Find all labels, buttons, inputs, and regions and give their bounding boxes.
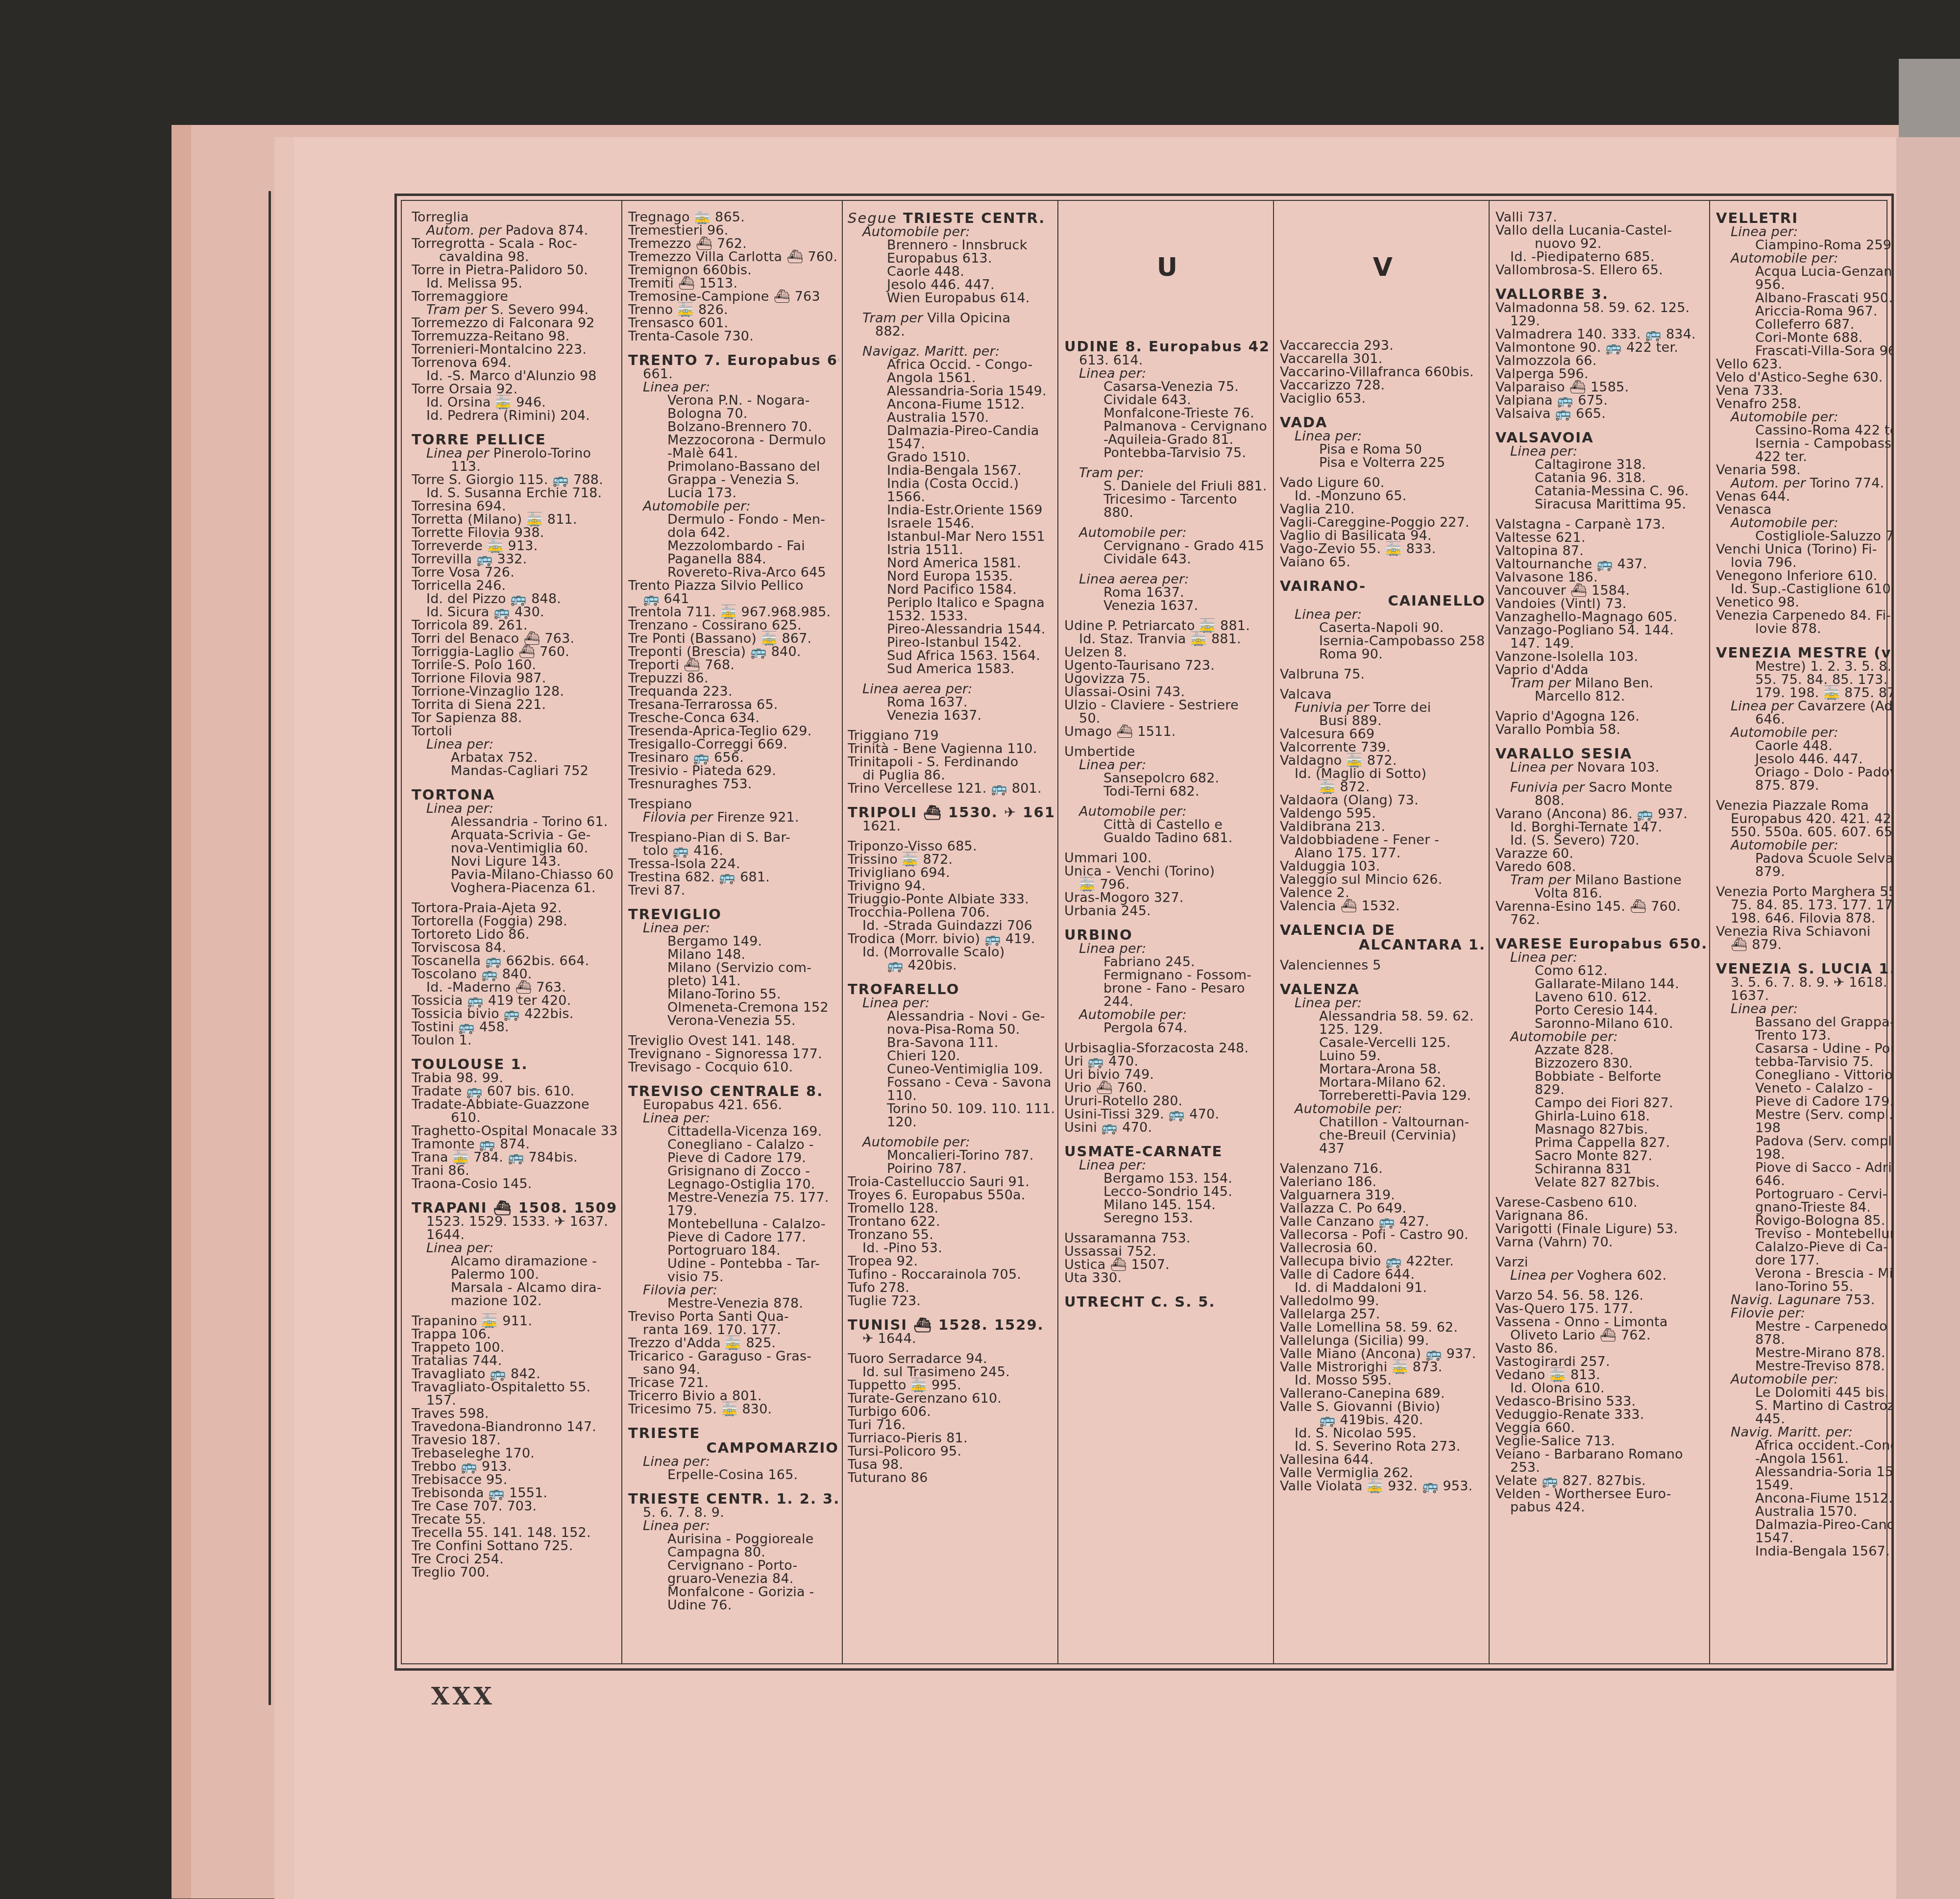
index-entry: Trodica (Morr. bivio) 🚌 419. [848, 932, 1056, 946]
index-subentry: Catania 96. 318. [1495, 471, 1706, 485]
index-entry: Trezzo d'Adda 🚋 825. [628, 1337, 839, 1350]
index-subentry: Id. S. Nicolao 595. [1280, 1427, 1486, 1440]
index-entry: Valeggio sul Mincio 626. [1280, 873, 1486, 886]
index-entry: Trevignano - Signoressa 177. [628, 1047, 839, 1061]
index-entry: Unica - Venchi (Torino) [1064, 865, 1270, 878]
index-entry: Torri del Benaco ⛴ 763. [412, 632, 617, 645]
index-subentry: Venezia 1637. [1064, 599, 1270, 612]
index-subentry: tebba-Tarvisio 75. [1716, 1055, 1892, 1069]
index-subentry: Filovia per: [628, 1284, 839, 1297]
index-entry: Trevisago - Cocquio 610. [628, 1061, 839, 1074]
index-entry: Vanzaghello-Magnago 605. [1495, 610, 1706, 624]
index-subentry: Id. di Maddaloni 91. [1280, 1281, 1486, 1294]
index-subentry: Cervignano - Porto- [628, 1559, 839, 1572]
index-subentry: 50. [1064, 712, 1270, 725]
index-entry: Turriaco-Pieris 81. [848, 1432, 1056, 1445]
index-subentry: 875. 879. [1716, 779, 1892, 792]
index-entry: Trocchia-Pollena 706. [848, 906, 1056, 919]
index-entry: Trenzano - Cossirano 625. [628, 619, 839, 632]
index-subentry: Id. del Pizzo 🚌 848. [412, 592, 617, 606]
index-subentry: 882. [848, 325, 1056, 338]
index-entry: Valeriano 186. [1280, 1175, 1486, 1189]
index-subentry: 198. 646. Filovia 878. [1716, 912, 1892, 925]
index-entry: Valtopina 87. [1495, 544, 1706, 558]
index-subentry: Azzate 828. [1495, 1044, 1706, 1057]
index-entry: Trabia 98. 99. [412, 1071, 617, 1085]
index-subentry: Linea per: [1495, 445, 1706, 458]
index-entry: Tresenda-Aprica-Teglio 629. [628, 725, 839, 738]
station-heading: TREVISO CENTRALE 8. [628, 1084, 839, 1098]
index-subentry: Dalmazia-Pireo-Candia [848, 424, 1056, 438]
index-entry: Tre Ponti (Bassano) 🚋 867. [628, 632, 839, 645]
index-subentry: Linea per Cavarzere (Adria) [1716, 700, 1892, 713]
index-subentry: 198. [1716, 1148, 1892, 1161]
index-entry: Varedo 608. [1495, 860, 1706, 874]
station-heading: TORTONA [412, 787, 617, 802]
index-subentry: Mezzocorona - Dermulo [628, 434, 839, 447]
index-entry: Valmontone 90. 🚌 422 ter. [1495, 341, 1706, 354]
index-entry: Valstagna - Carpanè 173. [1495, 518, 1706, 531]
index-entry: Torre Vosa 726. [412, 566, 617, 579]
index-subentry: Masnago 827bis. [1495, 1123, 1706, 1136]
index-subentry: Linea per: [1064, 367, 1270, 380]
index-subentry: Linea per: [628, 1519, 839, 1533]
index-entry: Valli 737. [1495, 211, 1706, 224]
index-subentry: 198 [1716, 1121, 1892, 1135]
index-subentry: Cittadella-Vicenza 169. [628, 1125, 839, 1138]
index-entry: Ugento-Taurisano 723. [1064, 659, 1270, 672]
index-entry: Tremignon 660bis. [628, 264, 839, 277]
index-subentry: Linea per: [628, 381, 839, 394]
index-subentry: Cividale 643. [1064, 553, 1270, 566]
index-entry: Valdaora (Olang) 73. [1280, 794, 1486, 807]
index-entry: Toscolano 🚌 840. [412, 968, 617, 981]
index-entry: Traona-Cosio 145. [412, 1177, 617, 1191]
index-subentry: Arbatax 752. [412, 751, 617, 764]
index-entry: Vallesina 644. [1280, 1453, 1486, 1466]
index-entry: Vasto 86. [1495, 1342, 1706, 1355]
index-subentry: Linea per Voghera 602. [1495, 1269, 1706, 1282]
index-subentry: lovie 878. [1716, 622, 1892, 635]
index-entry: Venezia Carpenedo 84. Fi- [1716, 609, 1892, 622]
index-subentry: Roma 90. [1280, 648, 1486, 661]
index-subentry: Sacro Monte 827. [1495, 1149, 1706, 1163]
index-entry: Torrita di Siena 221. [412, 698, 617, 711]
index-entry: Urbania 245. [1064, 904, 1270, 918]
index-subentry: Marcello 812. [1495, 690, 1706, 703]
index-entry: Tresigallo-Correggi 669. [628, 738, 839, 751]
index-subentry: Europabus 421. 656. [628, 1098, 839, 1112]
index-subentry: Navig. Lagunare 753. [1716, 1293, 1892, 1307]
index-subentry: Automobile per: [1716, 839, 1892, 852]
station-heading: VALLORBE 3. [1495, 287, 1706, 301]
index-entry: Ugovizza 75. [1064, 672, 1270, 685]
index-subentry: Id. -Piedipaterno 685. [1495, 250, 1706, 264]
index-entry: Tremiti ⛴ 1513. [628, 277, 839, 290]
index-subentry: Busi 889. [1280, 714, 1486, 728]
index-entry: Vandoies (Vintl) 73. [1495, 597, 1706, 610]
index-subentry: Verona-Venezia 55. [628, 1014, 839, 1027]
column-divider [621, 201, 622, 1664]
index-subentry: Portogruaro - Cervi- [1716, 1188, 1892, 1201]
station-heading: URBINO [1064, 927, 1270, 942]
underlying-page-rule [269, 191, 271, 1705]
index-subentry: lovia 796. [1716, 556, 1892, 569]
index-entry: Torriggia-Laglio ⛴ 760. [412, 645, 617, 658]
index-entry: Valduggia 103. [1280, 860, 1486, 873]
index-entry: Vaccarizzo 728. [1280, 379, 1486, 392]
index-entry: Tresivio - Piateda 629. [628, 764, 839, 778]
index-entry: Tre Case 707. 703. [412, 1500, 617, 1513]
index-subentry: Linea aerea per: [1064, 573, 1270, 586]
station-heading: VAIRANO- [1280, 579, 1486, 593]
service-type-label: Filovia per [643, 810, 713, 825]
index-entry: Vedasco-Brisino 533. [1495, 1395, 1706, 1408]
index-entry: Torremaggiore [412, 290, 617, 303]
index-subentry: 1547. [848, 438, 1056, 451]
index-entry: Trana 🚋 784. 🚌 784bis. [412, 1151, 617, 1164]
index-entry: Usini 🚌 470. [1064, 1121, 1270, 1134]
index-subentry: Navig. Maritt. per: [1716, 1426, 1892, 1439]
index-entry: Tradate 🚌 607 bis. 610. [412, 1085, 617, 1098]
index-subentry: Sud Africa 1563. 1564. [848, 649, 1056, 662]
index-subentry: dola 642. [628, 526, 839, 539]
index-entry: Torricola 89. 261. [412, 619, 617, 632]
index-entry: Valcesura 669 [1280, 728, 1486, 741]
index-subentry: brone - Fano - Pesaro [1064, 982, 1270, 995]
index-subentry: Luino 59. [1280, 1049, 1486, 1063]
index-subentry: Monfalcone - Gorizia - [628, 1585, 839, 1599]
index-subentry: Palmanova - Cervignano [1064, 420, 1270, 433]
index-entry: Torremuzza-Reitano 98. [412, 330, 617, 343]
index-subentry: Id. -S. Marco d'Alunzio 98 [412, 369, 617, 383]
index-subentry: 🚌 641 [628, 592, 839, 606]
index-entry: Torricella 246. [412, 579, 617, 592]
index-subentry: 113. [412, 460, 617, 473]
index-entry: Varallo Pombia 58. [1495, 723, 1706, 736]
index-subentry: Montebelluna - Calalzo- [628, 1217, 839, 1231]
index-subentry: 808. [1495, 794, 1706, 807]
index-subentry: Chatillon - Valtournan- [1280, 1116, 1486, 1129]
index-subentry: Automobile per: [1716, 411, 1892, 424]
index-entry: Triuggio-Ponte Albiate 333. [848, 893, 1056, 906]
index-entry: Travagliato-Ospitaletto 55. [412, 1381, 617, 1394]
index-subentry: Linea per: [1495, 951, 1706, 964]
index-entry: Varano (Ancona) 86. 🚌 937. [1495, 807, 1706, 821]
index-subentry: Autom. per Padova 874. [412, 224, 617, 237]
index-subentry: Ancona-Fiume 1512. [1716, 1492, 1892, 1505]
index-entry: Valledolmo 99. [1280, 1294, 1486, 1308]
index-subentry: Isernia - Campobasso [1716, 437, 1892, 450]
index-subentry: Id. -Strada Guindazzi 706 [848, 919, 1056, 932]
index-subentry: Cervignano - Grado 415 [1064, 539, 1270, 553]
station-heading: VALENZA [1280, 982, 1486, 997]
index-entry: Trino Vercellese 121. 🚌 801. [848, 782, 1056, 795]
index-subentry: Oliveto Lario ⛴ 762. [1495, 1329, 1706, 1342]
index-subentry: Roma 1637. [1064, 586, 1270, 599]
index-subentry: Mestre-Venezia 75. 177. [628, 1191, 839, 1204]
index-subentry: 829. [1495, 1083, 1706, 1096]
station-heading: VALENCIA DE [1280, 923, 1486, 937]
index-subentry: Paganella 884. [628, 553, 839, 566]
index-entry: Troyes 6. Europabus 550a. [848, 1189, 1056, 1202]
index-subentry: 147. 149. [1495, 637, 1706, 650]
index-entry: Valence 2. [1280, 886, 1486, 900]
index-subentry: 3. 5. 6. 7. 8. 9. ✈ 1618. [1716, 976, 1892, 989]
index-entry: Ulassai-Osini 743. [1064, 685, 1270, 699]
index-entry: Torrevilla 🚌 332. [412, 553, 617, 566]
index-entry: Vallelarga 257. [1280, 1308, 1486, 1321]
index-subentry: Conegliano - Vittorio - [1716, 1069, 1892, 1082]
index-subentry: Europabus 613. [848, 252, 1056, 265]
index-entry: Torre in Pietra-Palidoro 50. [412, 264, 617, 277]
station-heading: TROFARELLO [848, 982, 1056, 997]
station-heading-cont: ALCANTARA 1. [1280, 937, 1486, 952]
index-entry: Vaccarella 301. [1280, 352, 1486, 365]
index-subentry: 661. [628, 367, 839, 381]
index-entry: Valmozzola 66. [1495, 354, 1706, 367]
index-subentry: Automobile per: [628, 500, 839, 513]
station-heading: TOULOUSE 1. [412, 1057, 617, 1071]
index-subentry: India-Bengala 1567. [848, 464, 1056, 477]
index-subentry: Automobile per: [848, 1136, 1056, 1149]
index-subentry: Automobile per: [1495, 1030, 1706, 1044]
index-subentry: Pontebba-Tarvisio 75. [1064, 446, 1270, 460]
index-subentry: S. Daniele del Friuli 881. [1064, 480, 1270, 493]
column-divider [1057, 201, 1058, 1664]
index-entry: Vaciglio 653. [1280, 392, 1486, 405]
index-subentry: Jesolo 446. 447. [848, 278, 1056, 292]
index-subentry: -Malè 641. [628, 447, 839, 460]
index-subentry: Velate 827 827bis. [1495, 1176, 1706, 1189]
index-subentry: Linea per: [1716, 225, 1892, 239]
index-subentry: Padova Scuole Selvatico [1716, 852, 1892, 865]
index-entry: Trapanino 🚋 911. [412, 1315, 617, 1328]
index-subentry: Milano 145. 154. [1064, 1198, 1270, 1212]
index-entry: Valpiana 🚌 675. [1495, 394, 1706, 407]
index-entry: Valencia ⛴ 1532. [1280, 900, 1486, 913]
index-subentry: Cividale 643. [1064, 393, 1270, 407]
index-subentry: 1637. [1716, 989, 1892, 1002]
index-entry: Trivigno 94. [848, 879, 1056, 893]
index-entry: Trespiano [628, 798, 839, 811]
index-entry: Traghetto-Ospital Monacale 333. [412, 1124, 617, 1138]
index-entry: Tremezzo ⛴ 762. [628, 237, 839, 250]
index-subentry: Jesolo 446. 447. [1716, 753, 1892, 766]
index-entry: Tresnuraghes 753. [628, 778, 839, 791]
index-subentry: 125. 129. [1280, 1023, 1486, 1036]
index-entry: Toscanella 🚌 662bis. 664. [412, 954, 617, 968]
index-subentry: Tram per: [1064, 466, 1270, 480]
index-subentry: Periplo Italico e Spagna [848, 596, 1056, 609]
index-entry: Torremezzo di Falconara 92 [412, 316, 617, 330]
index-subentry: Caorle 448. [1716, 739, 1892, 753]
index-subentry: Alano 175. 177. [1280, 847, 1486, 860]
index-subentry: Casale-Vercelli 125. [1280, 1036, 1486, 1049]
index-entry: Varese-Casbeno 610. [1495, 1196, 1706, 1209]
index-subentry: Padova (Serv. compl.) [1716, 1135, 1892, 1148]
underlying-page-edge [171, 125, 191, 1899]
index-entry: Traves 598. [412, 1407, 617, 1420]
index-subentry: gruaro-Venezia 84. [628, 1572, 839, 1585]
index-entry: Tricerro Bivio a 801. [628, 1389, 839, 1403]
index-subentry: Mortara-Milano 62. [1280, 1076, 1486, 1089]
station-heading: TUNISI ⛴ 1528. 1529. [848, 1317, 1056, 1332]
index-subentry: Id. S. Severino Rota 273. [1280, 1440, 1486, 1453]
index-subentry: Volta 816. [1495, 887, 1706, 900]
index-subentry: Id. (Morrovalle Scalo) [848, 946, 1056, 959]
index-entry: Varazze 60. [1495, 847, 1706, 860]
index-subentry: Torino 50. 109. 110. 111. [848, 1102, 1056, 1116]
index-subentry: gnano-Trieste 84. [1716, 1201, 1892, 1214]
index-subentry: Tricesimo - Tarcento [1064, 493, 1270, 506]
index-subentry: Dalmazia-Pireo-Candia [1716, 1518, 1892, 1532]
index-subentry: Linea per: [1064, 942, 1270, 955]
index-subentry: Linea per: [412, 802, 617, 815]
index-entry: Valenzano 716. [1280, 1162, 1486, 1175]
index-subentry: 762. [1495, 913, 1706, 926]
index-subentry: Linea per: [1064, 758, 1270, 772]
index-subentry: Voghera-Piacenza 61. [412, 881, 617, 895]
index-entry: Trinità - Bene Vagienna 110. [848, 742, 1056, 755]
station-heading: VADA [1280, 415, 1486, 430]
index-entry: Valguarnera 319. [1280, 1189, 1486, 1202]
index-entry: Torre S. Giorgio 115. 🚌 788. [412, 473, 617, 487]
index-entry: Tuglie 723. [848, 1294, 1056, 1308]
index-subentry: Bobbiate - Belforte [1495, 1070, 1706, 1083]
index-entry: Torrile-S. Polo 160. [412, 658, 617, 672]
index-entry: Vaiano 65. [1280, 556, 1486, 569]
index-subentry: S. Martino di Castrozza [1716, 1399, 1892, 1412]
index-entry: Vallecupa bivio 🚌 422ter. [1280, 1255, 1486, 1268]
index-subentry: India (Costa Occid.) [848, 477, 1056, 490]
index-subentry: 610. [412, 1111, 617, 1124]
index-subentry: Linea aerea per: [848, 682, 1056, 696]
index-entry: Trecate 55. [412, 1513, 617, 1526]
page-number: XXX [431, 1683, 495, 1710]
index-entry: Varzi [1495, 1256, 1706, 1269]
index-entry: Vallerano-Canepina 689. [1280, 1387, 1486, 1400]
index-subentry: Id. -Pino 53. [848, 1242, 1056, 1255]
index-entry: Tropea 92. [848, 1255, 1056, 1268]
index-subentry: 🚋 796. [1064, 878, 1270, 891]
index-subentry: Torreberetti-Pavia 129. [1280, 1089, 1486, 1102]
index-subentry: 878. [1716, 1333, 1892, 1346]
index-entry: Torreverde 🚋 913. [412, 539, 617, 553]
index-entry: Tramonte 🚌 874. [412, 1138, 617, 1151]
index-entry: Torretta (Milano) 🚋 811. [412, 513, 617, 526]
index-subentry: Como 612. [1495, 964, 1706, 977]
index-subentry: Campo dei Fiori 827. [1495, 1096, 1706, 1110]
index-subentry: Fermignano - Fossom- [1064, 969, 1270, 982]
index-subentry: Todi-Terni 682. [1064, 785, 1270, 798]
index-entry: Vallecrosia 60. [1280, 1242, 1486, 1255]
index-entry: Turi 716. [848, 1418, 1056, 1432]
index-subentry: Bergamo 153. 154. [1064, 1172, 1270, 1185]
index-subentry: Id. Staz. Tranvia 🚋 881. [1064, 633, 1270, 646]
index-entry: Venasca [1716, 503, 1892, 516]
index-subentry: Seregno 153. [1064, 1212, 1270, 1225]
index-entry: Veduggio-Renate 333. [1495, 1408, 1706, 1421]
index-subentry: Udine - Pontebba - Tar- [628, 1257, 839, 1270]
index-entry: Vaprio d'Agogna 126. [1495, 710, 1706, 723]
index-subentry: Poirino 787. [848, 1162, 1056, 1175]
index-entry: Umbertide [1064, 745, 1270, 758]
index-entry: Vado Ligure 60. [1280, 476, 1486, 489]
index-entry: Vallazza C. Po 649. [1280, 1202, 1486, 1215]
index-entry: Usini-Tissi 329. 🚌 470. [1064, 1108, 1270, 1121]
index-subentry: Africa Occid. - Congo- [848, 358, 1056, 371]
index-subentry: Le Dolomiti 445 bis. [1716, 1386, 1892, 1399]
index-entry: Treglio 700. [412, 1566, 617, 1579]
index-subentry: Arquata-Scrivia - Ge- [412, 828, 617, 842]
index-subentry: Bassano del Grappa- [1716, 1016, 1892, 1029]
index-entry: Ustica ⛴ 1507. [1064, 1258, 1270, 1271]
index-subentry: Albano-Frascati 950. [1716, 292, 1892, 305]
index-subentry: Saronno-Milano 610. [1495, 1017, 1706, 1030]
index-subentry: Id. Orsina 🚋 946. [412, 396, 617, 409]
index-subentry: Israele 1546. [848, 517, 1056, 530]
index-entry: Varzo 54. 56. 58. 126. [1495, 1289, 1706, 1302]
index-subentry: Rovigo-Bologna 85. [1716, 1214, 1892, 1227]
index-subentry: 75. 84. 85. 173. 177. 179. [1716, 899, 1892, 912]
index-entry: Vello 623. [1716, 358, 1892, 371]
index-entry: Valtesse 621. [1495, 531, 1706, 544]
index-entry: Trappa 106. [412, 1328, 617, 1341]
index-subentry: 445. [1716, 1412, 1892, 1426]
index-entry: Venezia Riva Schiavoni [1716, 925, 1892, 938]
index-subentry: Automobile per: [1064, 805, 1270, 818]
index-entry: Tossicia bivio 🚌 422bis. [412, 1007, 617, 1021]
index-subentry: Costigliole-Saluzzo 790. [1716, 530, 1892, 543]
index-subentry: Conegliano - Calalzo - [628, 1138, 839, 1151]
index-subentry: 1523. 1529. 1533. ✈ 1637. [412, 1215, 617, 1228]
index-subentry: Brennero - Innsbruck [848, 239, 1056, 252]
index-subentry: Cuneo-Ventimiglia 109. [848, 1063, 1056, 1076]
index-subentry: Treviso - Montebelluna - [1716, 1227, 1892, 1241]
station-heading: VELLETRI [1716, 211, 1892, 225]
index-entry: Velo d'Astico-Seghe 630. [1716, 371, 1892, 384]
index-entry: Tufo 278. [848, 1281, 1056, 1294]
index-subentry: Id. sul Trasimeno 245. [848, 1365, 1056, 1379]
index-subentry: Linea per: [628, 922, 839, 935]
index-subentry: Funivia per Sacro Monte [1495, 781, 1706, 794]
index-entry: Trebaseleghe 170. [412, 1447, 617, 1460]
index-subentry: Lecco-Sondrio 145. [1064, 1185, 1270, 1198]
index-entry: Venas 644. [1716, 490, 1892, 503]
index-subentry: Navigaz. Maritt. per: [848, 345, 1056, 358]
index-subentry: Filovia per Firenze 921. [628, 811, 839, 824]
index-entry: Tresche-Conca 634. [628, 711, 839, 725]
station-heading: VENEZIA S. LUCIA 1. 2. [1716, 961, 1892, 976]
index-subentry: -Aquileia-Grado 81. [1064, 433, 1270, 446]
index-entry: Venafro 258. [1716, 397, 1892, 411]
index-entry: Travesio 187. [412, 1434, 617, 1447]
index-subentry: Id. (S. Severo) 720. [1495, 834, 1706, 847]
index-entry: Ussassai 752. [1064, 1245, 1270, 1258]
index-column-2: Tregnago 🚋 865.Tremestieri 96.Tremezzo ⛴… [628, 211, 839, 1661]
index-entry: Venezia Porto Marghera 55. [1716, 885, 1892, 899]
index-subentry: Olmeneta-Cremona 152 [628, 1001, 839, 1014]
index-entry: Varna (Vahrn) 70. [1495, 1236, 1706, 1249]
index-subentry: visio 75. [628, 1270, 839, 1284]
index-entry: Trivigliano 694. [848, 866, 1056, 879]
index-subentry: Id. Sicura 🚌 430. [412, 606, 617, 619]
index-entry: Tuppetto 🚋 995. [848, 1379, 1056, 1392]
index-entry: Trecella 55. 141. 148. 152. [412, 1526, 617, 1539]
index-subentry: pabus 424. [1495, 1501, 1706, 1514]
index-entry: Velden - Worthersee Euro- [1495, 1487, 1706, 1501]
